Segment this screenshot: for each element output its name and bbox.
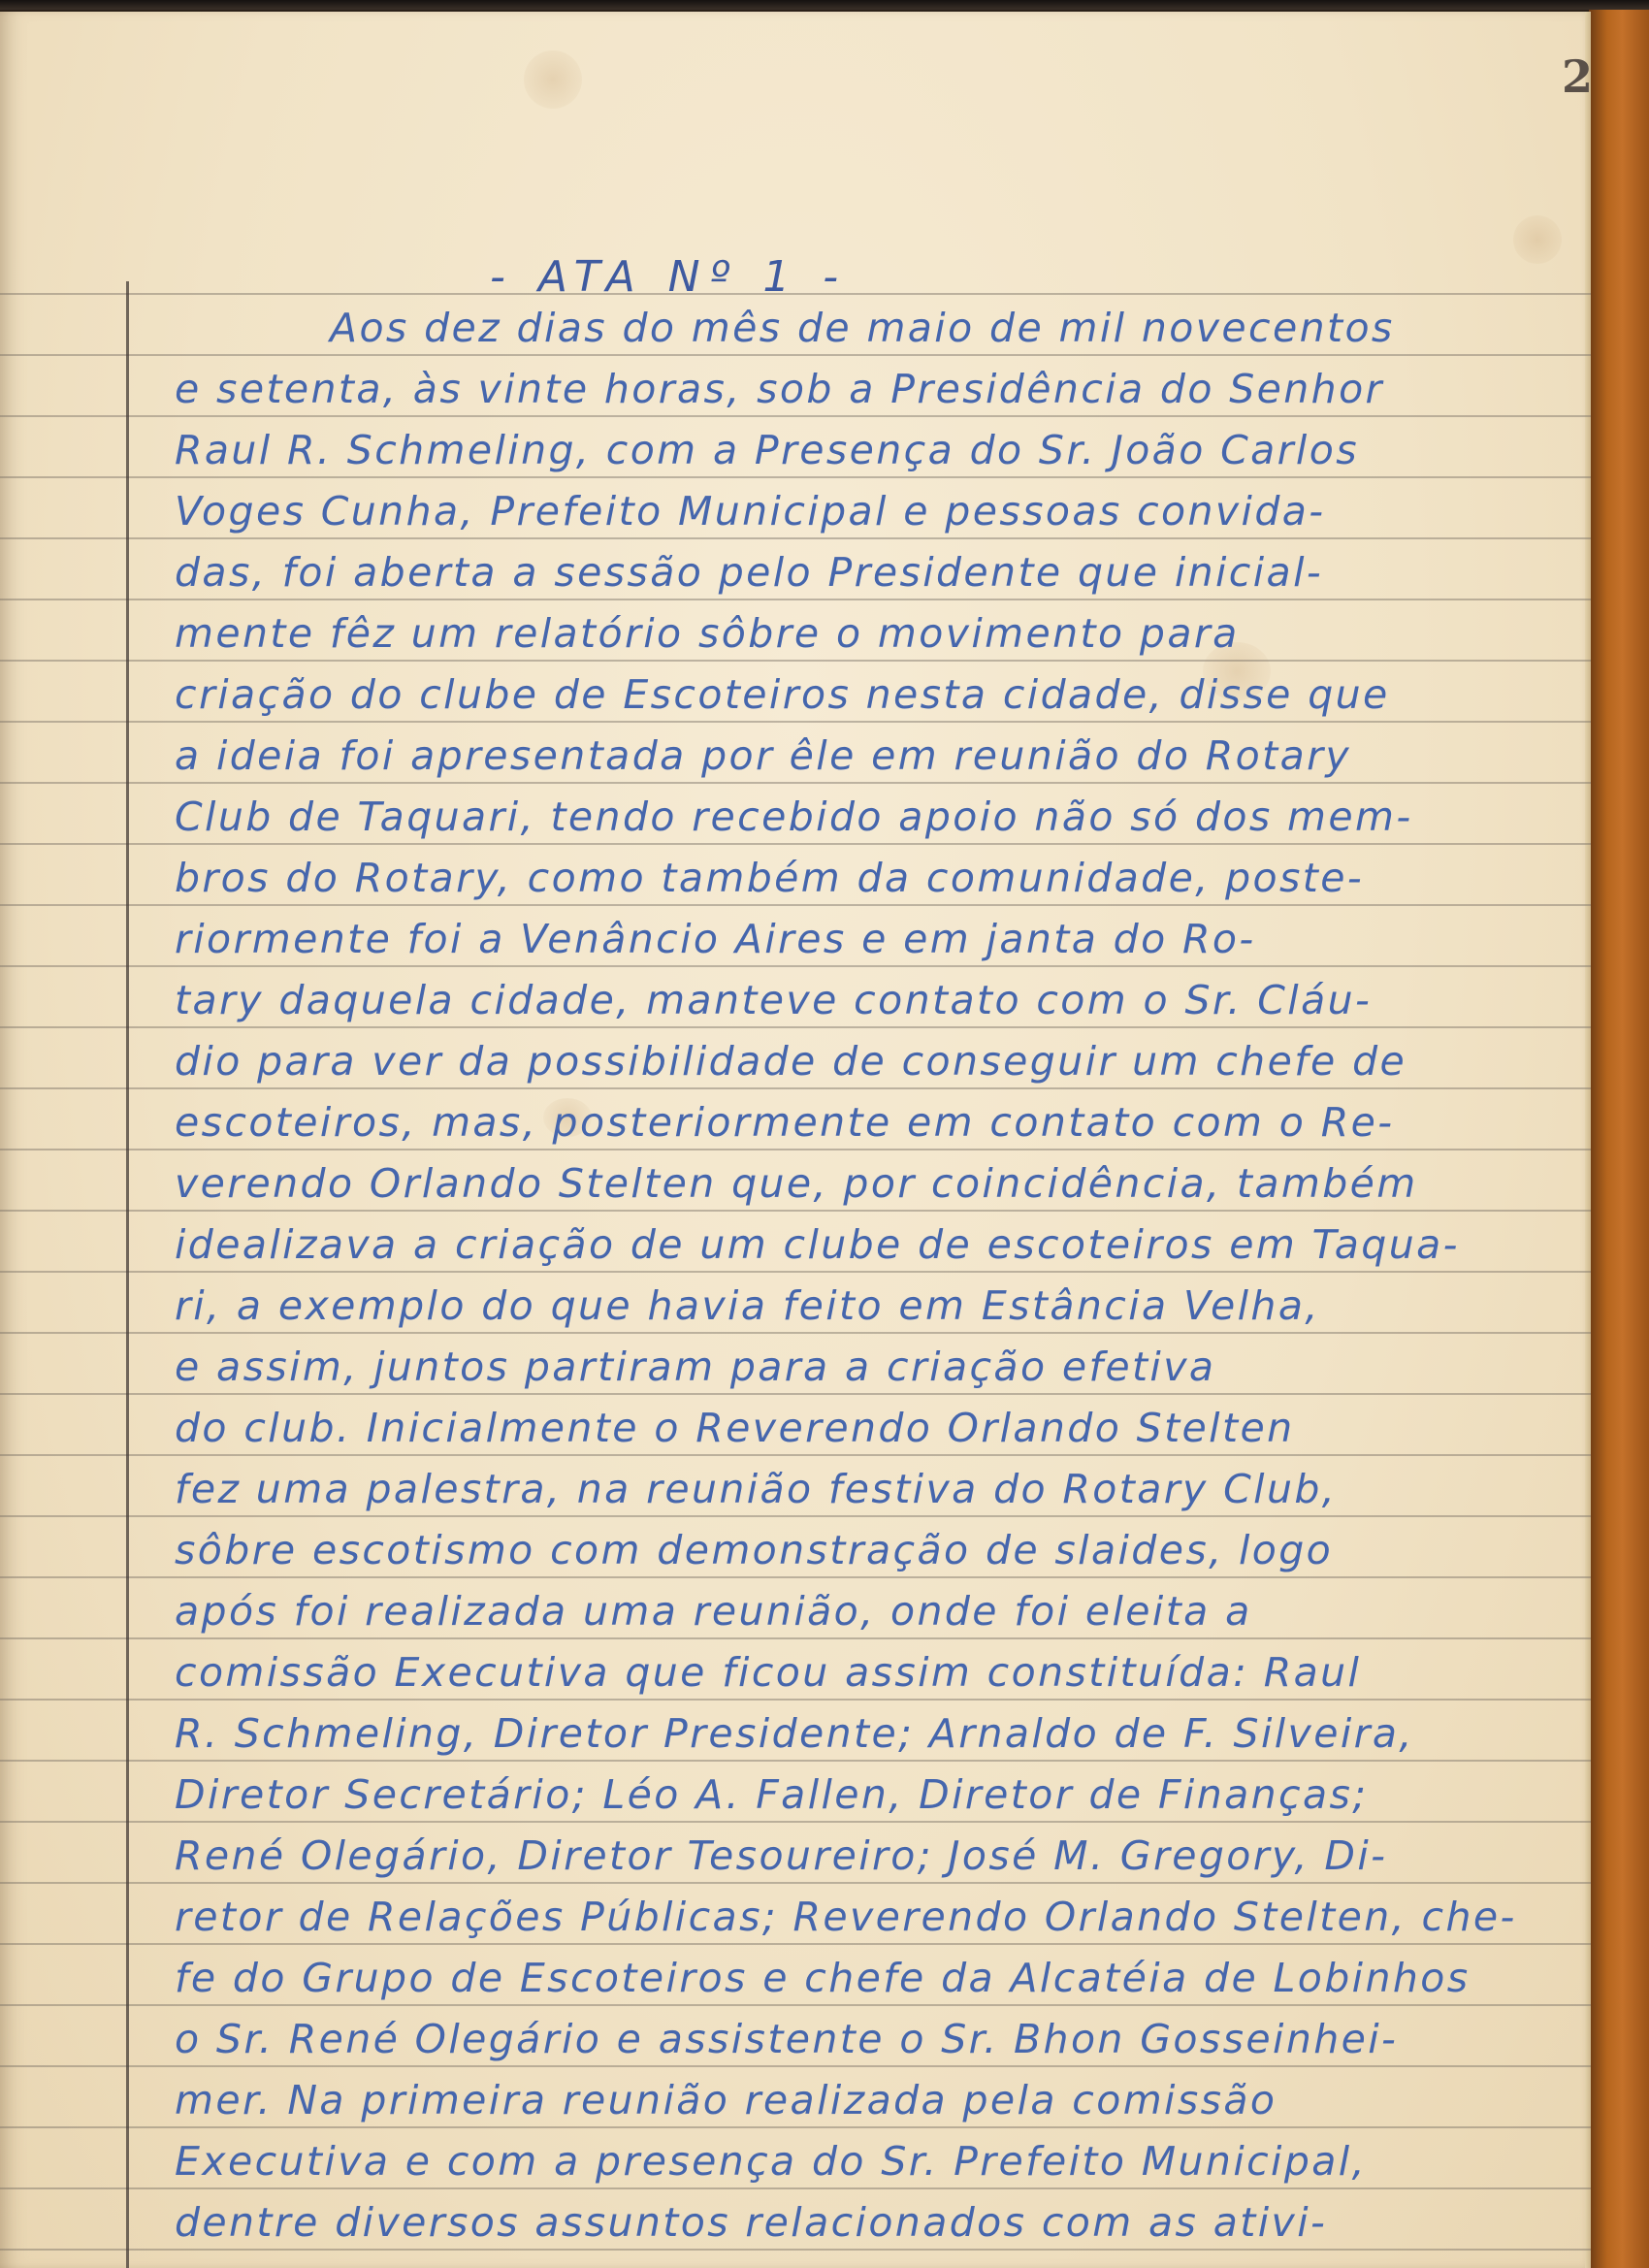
- handwritten-line: dio para ver da possibilidade de consegu…: [175, 1032, 1562, 1090]
- ledger-page: 2 - ATA: [0, 12, 1591, 2268]
- paper-stain: [524, 50, 582, 109]
- handwritten-line: comissão Executiva que ficou assim const…: [175, 1643, 1562, 1701]
- handwritten-line: a ideia foi apresentada por êle em reuni…: [175, 727, 1562, 785]
- handwritten-line: tary daquela cidade, manteve contato com…: [175, 971, 1562, 1029]
- handwritten-line: Club de Taquari, tendo recebido apoio nã…: [175, 788, 1562, 846]
- handwritten-line: R. Schmeling, Diretor Presidente; Arnald…: [175, 1704, 1562, 1763]
- margin-line: [126, 281, 129, 2268]
- paper-stain: [1513, 215, 1562, 264]
- handwritten-line: dentre diversos assuntos relacionados co…: [175, 2193, 1562, 2252]
- handwritten-line: idealizava a criação de um clube de esco…: [175, 1215, 1562, 1274]
- handwritten-line: fez uma palestra, na reunião festiva do …: [175, 1460, 1562, 1518]
- handwritten-line: Voges Cunha, Prefeito Municipal e pessoa…: [175, 482, 1562, 540]
- handwritten-line: mente fêz um relatório sôbre o movimento…: [175, 604, 1562, 663]
- handwritten-line: e setenta, às vinte horas, sob a Presidê…: [175, 360, 1562, 418]
- handwritten-line: Aos dez dias do mês de maio de mil novec…: [330, 299, 1562, 357]
- handwritten-line: riormente foi a Venâncio Aires e em jant…: [175, 910, 1562, 968]
- handwritten-line: René Olegário, Diretor Tesoureiro; José …: [175, 1827, 1562, 1885]
- handwritten-line: verendo Orlando Stelten que, por coincid…: [175, 1154, 1562, 1213]
- handwritten-line: sôbre escotismo com demonstração de slai…: [175, 1521, 1562, 1579]
- handwritten-line: e assim, juntos partiram para a criação …: [175, 1338, 1562, 1396]
- handwritten-line: ri, a exemplo do que havia feito em Estâ…: [175, 1277, 1562, 1335]
- minutes-title: - ATA Nº 1 -: [490, 252, 848, 302]
- scan-top-shadow: [0, 0, 1649, 10]
- page-number: 2: [1562, 50, 1591, 103]
- handwritten-line: bros do Rotary, como também da comunidad…: [175, 849, 1562, 907]
- handwritten-line: o Sr. René Olegário e assistente o Sr. B…: [175, 2010, 1562, 2068]
- handwritten-line: das, foi aberta a sessão pelo Presidente…: [175, 543, 1562, 601]
- scanned-ledger-page: 2 - ATA: [0, 0, 1649, 2268]
- handwritten-line: Diretor Secretário; Léo A. Fallen, Diret…: [175, 1766, 1562, 1824]
- notebook-cover-edge: [1589, 10, 1649, 2268]
- handwritten-line: retor de Relações Públicas; Reverendo Or…: [175, 1888, 1562, 1946]
- handwritten-line: escoteiros, mas, posteriormente em conta…: [175, 1093, 1562, 1151]
- handwritten-line: após foi realizada uma reunião, onde foi…: [175, 1582, 1562, 1640]
- handwritten-line: mer. Na primeira reunião realizada pela …: [175, 2071, 1562, 2129]
- handwritten-line: fe do Grupo de Escoteiros e chefe da Alc…: [175, 1949, 1562, 2007]
- handwritten-line: Raul R. Schmeling, com a Presença do Sr.…: [175, 421, 1562, 479]
- handwritten-line: criação do clube de Escoteiros nesta cid…: [175, 665, 1562, 724]
- handwritten-line: do club. Inicialmente o Reverendo Orland…: [175, 1399, 1562, 1457]
- handwritten-line: Executiva e com a presença do Sr. Prefei…: [175, 2132, 1562, 2190]
- page-edge: [1585, 12, 1591, 2268]
